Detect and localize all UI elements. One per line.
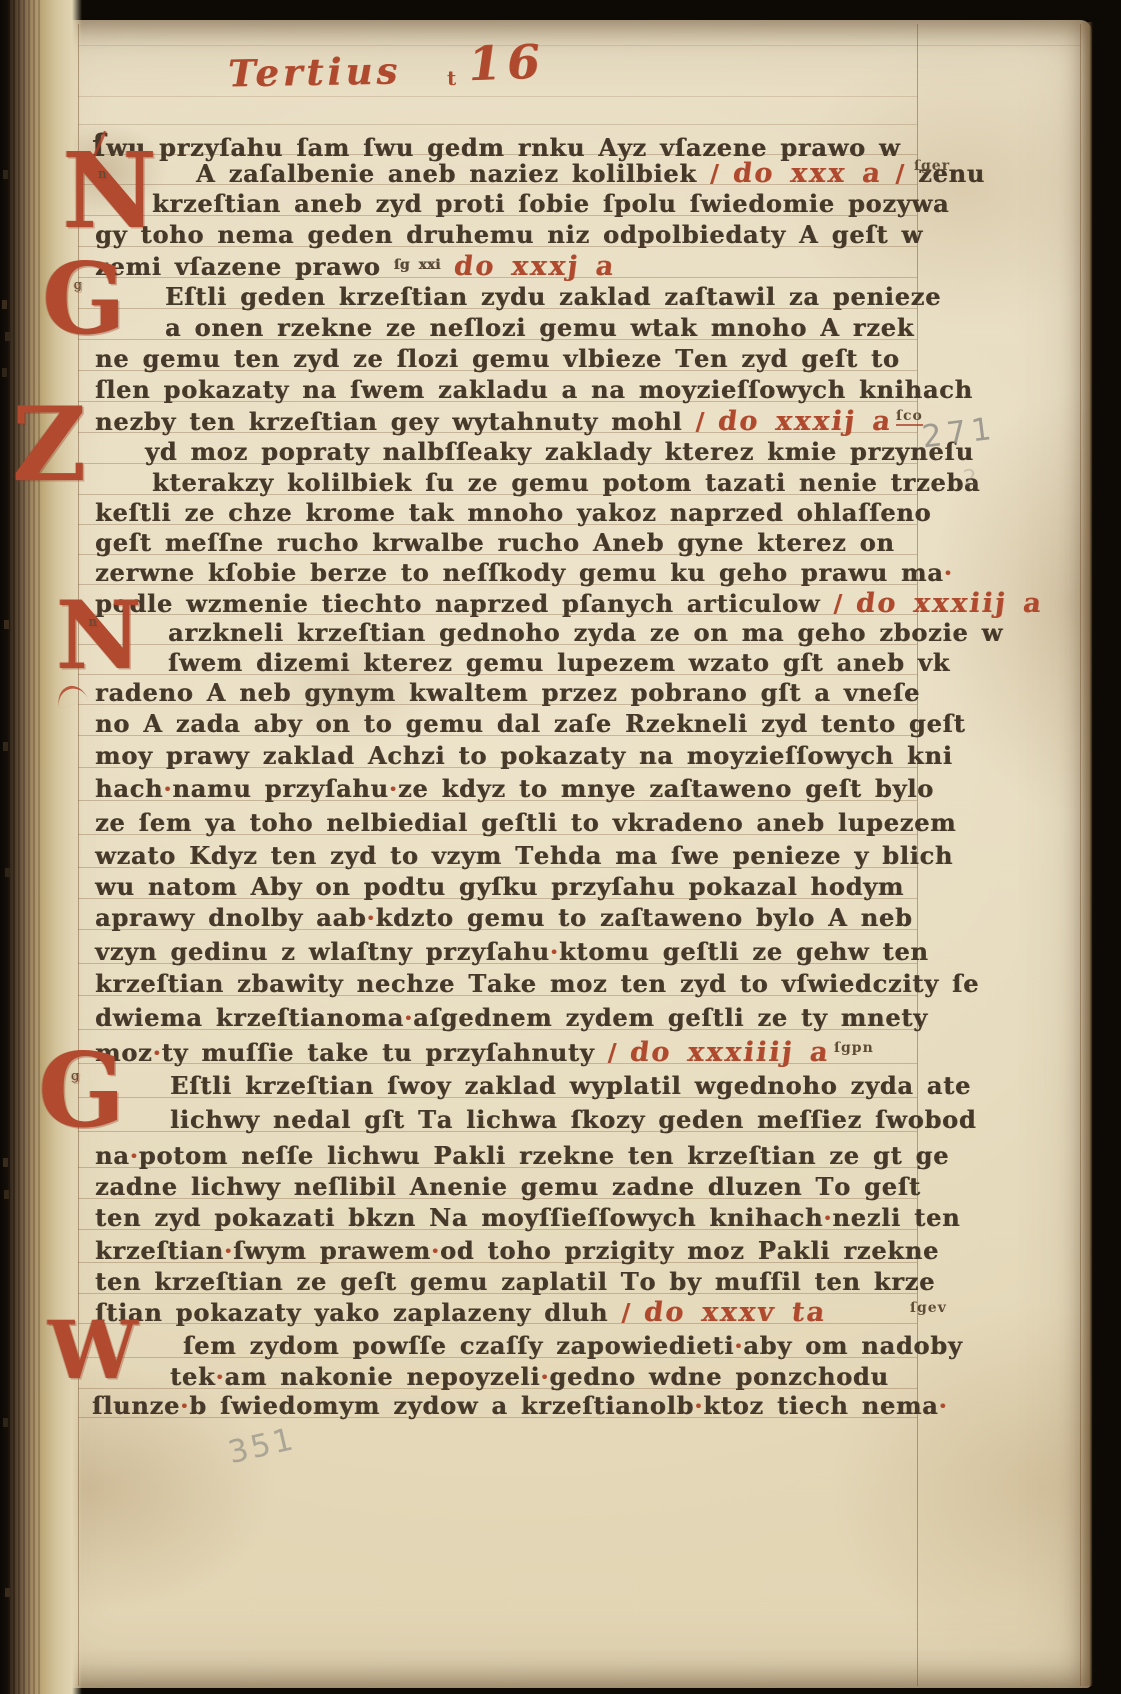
text-segment: akli rzekne: [777, 1236, 939, 1265]
margin-gloss: ſgpn: [834, 1040, 874, 1056]
text-segment: R: [625, 709, 646, 738]
rubric-mark: ·: [694, 1391, 703, 1420]
text-segment: nenie gemu zadne dluzen: [429, 1172, 815, 1201]
text-segment: T: [815, 1172, 834, 1201]
manuscript-photo: Tertius t 16 ſwu przyſahu ſam ſwu gedm r…: [0, 0, 1121, 1694]
text-segment: ktomu geſtli ze gehw ten: [559, 937, 929, 966]
vertical-rule: [1080, 24, 1081, 1686]
text-segment: A: [207, 678, 226, 707]
text-segment: ſlen pokazaty na ſwem zakladu a na moyzi…: [95, 375, 973, 404]
manuscript-line-16: podle wzmenie tiechto naprzed pſanych ar…: [95, 588, 1043, 619]
text-segment: dyz ten zyd to vzym: [211, 841, 515, 870]
manuscript-line-20: no A zada aby on to gemu dal zaſe Rzekne…: [95, 709, 966, 738]
text-segment: nezby ten krzeſtian gey wytahnuty mohl: [95, 407, 682, 436]
text-segment: kdzto gemu to zaſtaweno bylo: [376, 903, 828, 932]
text-segment: N: [429, 1203, 452, 1232]
text-segment: gy toho nema geden druhemu niz odpolbied…: [95, 220, 799, 249]
text-segment: ſwym prawem: [233, 1236, 431, 1265]
horizontal-rule: [78, 124, 917, 125]
text-segment: wu natom: [95, 872, 251, 901]
text-segment: T: [418, 1105, 437, 1134]
text-segment: podle wzmenie tiechto naprzed pſanych ar…: [95, 589, 820, 618]
manuscript-line-5: zemi vſazene prawo ſg xxi do xxxj a: [95, 251, 615, 282]
manuscript-line-13: keſtli ze chze krome tak mnoho yakoz nap…: [95, 498, 931, 527]
text-segment: no: [95, 709, 143, 738]
text-segment: ten krzeſtian ze geſt gemu zaplatil: [95, 1267, 621, 1296]
text-segment: neb: [847, 903, 912, 932]
manuscript-line-2: A zaſalbenie aneb naziez kolilbiek / do …: [196, 158, 985, 189]
manuscript-line-37: ten krzeſtian ze geſt gemu zaplatil To b…: [95, 1267, 935, 1296]
text-segment: b ſwiedomym zydow a krzeſtianolb: [189, 1391, 694, 1420]
manuscript-line-40: tek·am nakonie nepoyzeli·gedno wdne ponz…: [170, 1362, 889, 1391]
text-segment: a onen rzekne ze neſlozi gemu wtak mnoho: [165, 313, 820, 342]
spine-ink-specks: [0, 0, 5, 9]
manuscript-line-6: Eſtli geden krzeſtian zydu zaklad zaſtaw…: [165, 282, 941, 311]
manuscript-line-19: radeno A neb gynym kwaltem przez pobrano…: [95, 678, 920, 707]
manuscript-line-27: vzyn gedinu z wlaſtny przyſahu·ktomu geſ…: [95, 937, 929, 966]
manuscript-line-18: ſwem dizemi kterez gemu lupezem wzato gſ…: [168, 648, 950, 677]
manuscript-line-25: wu natom Aby on podtu gyſku przyſahu pok…: [95, 872, 904, 901]
illuminated-initial-G: Gg: [42, 260, 126, 340]
text-segment: neb gyne kterez on: [612, 528, 894, 557]
text-segment: krzeſtian aneb zyd proti ſobie ſpolu ſwi…: [152, 189, 949, 218]
text-segment: rzek: [840, 313, 915, 342]
rubric-mark: ·: [389, 774, 398, 803]
margin-gloss: ſgev: [910, 1300, 947, 1316]
manuscript-line-24: wzato Kdyz ten zyd to vzym Tehda ma ſwe …: [95, 841, 953, 870]
manuscript-line-36: krzeſtian·ſwym prawem·od toho przigity m…: [95, 1236, 939, 1265]
text-segment: a lichwa ſkozy geden meſſiez ſwobod: [437, 1105, 977, 1134]
manuscript-line-28: krzeſtian zbawity nechze Take moz ten zy…: [95, 969, 979, 998]
rubric-mark: ·: [823, 1203, 832, 1232]
text-segment: geſt w: [818, 220, 922, 249]
text-segment: A: [828, 903, 847, 932]
rubric-mark: ·: [431, 1236, 440, 1265]
manuscript-line-21: moy prawy zaklad Achzi to pokazaty na mo…: [95, 741, 953, 770]
text-segment: K: [189, 841, 211, 870]
text-segment: T: [515, 841, 534, 870]
text-segment: akli rzekne ten krzeſtian ze gt ge: [452, 1141, 949, 1170]
text-segment: a moyſſieſſowych knihach: [452, 1203, 823, 1232]
manuscript-line-31: Eſtli krzeſtian ſwoy zaklad wyplatil wge…: [170, 1071, 971, 1100]
text-segment: gedno wdne ponzchodu: [549, 1362, 888, 1391]
text-segment: zada aby on to gemu dal zaſe: [163, 709, 625, 738]
text-segment: ty muſſie take tu przyſahnuty: [162, 1038, 595, 1067]
text-segment: namu przyſahu: [172, 774, 388, 803]
manuscript-line-30: moz·ty muſſie take tu przyſahnuty / do x…: [95, 1037, 830, 1068]
text-segment: A: [251, 872, 270, 901]
text-segment: chzi to pokazaty na moyzieſſowych kni: [387, 741, 952, 770]
manuscript-line-17: arzkneli krzeſtian gednoho zyda ze on ma…: [168, 618, 1003, 647]
text-segment: keſtli ze chze krome tak mnoho yakoz nap…: [95, 498, 931, 527]
text-segment: A: [799, 220, 818, 249]
illuminated-initial-W: W: [48, 1318, 138, 1384]
manuscript-line-39: ſem zydom powſſe czaſſy zapowiedieti·aby…: [183, 1331, 963, 1360]
text-segment: aſgednem zydem geſtli ze ty mnety: [413, 1003, 928, 1032]
text-segment: kterakzy kolilbiek ſu ze gemu potom taza…: [152, 468, 980, 497]
text-segment: o geſt: [834, 1172, 921, 1201]
manuscript-line-32: lichwy nedal gſt Ta lichwa ſkozy geden m…: [170, 1105, 976, 1134]
text-segment: A zaſalbenie aneb naziez kolilbiek: [196, 159, 697, 188]
text-segment: ktoz tiech nema: [703, 1391, 938, 1420]
manuscript-line-8: ne gemu ten zyd ze ſlozi gemu vlbieze Te…: [95, 344, 900, 373]
text-segment: hach: [95, 774, 163, 803]
manuscript-line-23: ze ſem ya toho nelbiedial geſtli to vkra…: [95, 808, 956, 837]
rubric-mark: /: [820, 589, 856, 618]
text-segment: ze ſem ya toho nelbiedial geſtli to vkra…: [95, 808, 956, 837]
rubric-annotation: do xxxj a: [452, 251, 618, 282]
text-segment: vzyn gedinu z wlaſtny przyſahu: [95, 937, 550, 966]
text-segment: moy prawy zaklad: [95, 741, 368, 770]
rubric-mark: ·: [734, 1331, 743, 1360]
rubric-mark: ·: [224, 1236, 233, 1265]
horizontal-rule: [78, 96, 917, 97]
rubric-mark: ·: [152, 1038, 161, 1067]
pencil-faint-mark: 2: [962, 465, 978, 491]
rubric-mark: /: [697, 159, 733, 188]
rubric-mark: /: [594, 1038, 630, 1067]
text-segment: A: [368, 741, 387, 770]
text-segment: dwiema krzeſtianoma: [95, 1003, 404, 1032]
manuscript-line-10: nezby ten krzeſtian gey wytahnuty mohl /…: [95, 406, 893, 437]
text-segment: ehda ma ſwe penieze y blich: [534, 841, 953, 870]
text-segment: ne gemu ten zyd ze ſlozi gemu vlbieze: [95, 344, 675, 373]
illuminated-initial-G: Gg: [38, 1050, 125, 1134]
rubric-annotation: do xxxij a: [716, 406, 894, 437]
rubric-mark: ·: [404, 1003, 413, 1032]
text-segment: aby om nadoby: [743, 1331, 962, 1360]
rubric-mark: ·: [366, 903, 375, 932]
manuscript-line-26: aprawy dnolby aab·kdzto gemu to zaſtawen…: [95, 903, 913, 932]
chapter-mark: t: [447, 66, 456, 90]
text-segment: potom neſſe lichwu: [139, 1141, 434, 1170]
text-segment: zemi vſazene prawo: [95, 252, 394, 281]
guide-letter: n: [98, 170, 106, 181]
horizontal-rule: [78, 45, 1080, 46]
text-segment: o by muſſil ten krze: [639, 1267, 935, 1296]
text-segment: arzkneli krzeſtian gednoho zyda ze on ma…: [168, 618, 1003, 647]
rubric-mark: /: [608, 1298, 644, 1327]
text-segment: lichwy nedal gſt: [170, 1105, 418, 1134]
illuminated-initial-N: Nn: [62, 148, 157, 233]
manuscript-line-35: ten zyd pokazati bkzn Na moyſſieſſowych …: [95, 1203, 960, 1232]
margin-gloss: ſger: [914, 158, 950, 174]
guide-letter: n: [89, 618, 97, 629]
rubric-mark: ·: [130, 1141, 139, 1170]
text-segment: wzato: [95, 841, 189, 870]
text-segment: yd moz popraty nalbſſeaky zaklady kterez…: [145, 437, 974, 466]
manuscript-line-12: kterakzy kolilbiek ſu ze gemu potom taza…: [152, 468, 980, 497]
text-segment: geſt meſſne rucho krwalbe rucho: [95, 528, 593, 557]
text-segment: A: [820, 313, 839, 342]
text-segment: en zyd geſt to: [694, 344, 900, 373]
manuscript-line-38: ſtian pokazaty yako zaplazeny dluh / do …: [95, 1297, 827, 1328]
manuscript-line-34: zadne lichwy neſlibil Anenie gemu zadne …: [95, 1172, 921, 1201]
text-segment: nezli ten: [832, 1203, 960, 1232]
text-segment: aprawy dnolby aab: [95, 903, 366, 932]
text-segment: P: [758, 1236, 777, 1265]
rubric-annotation: do xxxiij a: [854, 588, 1045, 619]
illuminated-initial-N: Nn: [56, 598, 142, 675]
text-segment: ſwem dizemi kterez gemu lupezem wzato gſ…: [168, 648, 950, 677]
text-segment: zerwne kſobie berze to neſſkody gemu ku …: [95, 558, 944, 587]
text-segment: A: [593, 528, 612, 557]
rubric-mark: /: [682, 407, 718, 436]
manuscript-line-14: geſt meſſne rucho krwalbe rucho Aneb gyn…: [95, 528, 895, 557]
text-segment: od toho przigity moz: [440, 1236, 758, 1265]
guide-letter: g: [74, 281, 82, 292]
manuscript-line-41: ſlunze·b ſwiedomym zydow a krzeſtianolb·…: [92, 1391, 948, 1420]
rubric-annotation: do xxxiiij a: [628, 1037, 832, 1068]
text-segment: am nakonie nepoyzeli: [225, 1362, 541, 1391]
text-segment: A: [143, 709, 162, 738]
rubric-annotation: do xxx a: [731, 158, 884, 189]
text-segment: ake moz ten zyd to vſwiedczity ſe: [487, 969, 979, 998]
manuscript-line-15: zerwne kſobie berze to neſſkody gemu ku …: [95, 558, 953, 587]
illuminated-initial-Z: Z: [12, 404, 86, 488]
rubric-mark: ·: [215, 1362, 224, 1391]
manuscript-line-9: ſlen pokazaty na ſwem zakladu a na moyzi…: [95, 375, 973, 404]
text-segment: krzeſtian zbawity nechze: [95, 969, 468, 998]
text-segment: zadne lichwy neſlibil: [95, 1172, 410, 1201]
manuscript-line-4: gy toho nema geden druhemu niz odpolbied…: [95, 220, 923, 249]
guide-letter: g: [71, 1072, 79, 1083]
text-segment: ſtian pokazaty yako zaplazeny dluh: [95, 1298, 608, 1327]
rubric-mark: ·: [550, 937, 559, 966]
running-header-title: Tertius: [228, 48, 402, 95]
text-segment: ſg xxi: [394, 257, 441, 273]
manuscript-line-33: na·potom neſſe lichwu Pakli rzekne ten k…: [95, 1141, 949, 1170]
text-segment: Eſtli geden krzeſtian zydu zaklad zaſtaw…: [165, 282, 941, 311]
text-segment: ſem zydom powſſe czaſſy zapowiedieti: [183, 1331, 734, 1360]
text-segment: ten zyd pokazati bkzn: [95, 1203, 429, 1232]
text-segment: Eſtli krzeſtian ſwoy zaklad wyplatil wge…: [170, 1071, 971, 1100]
text-segment: T: [621, 1267, 640, 1296]
text-segment: tek: [170, 1362, 215, 1391]
page-right-edge: [1081, 22, 1093, 1686]
manuscript-line-29: dwiema krzeſtianoma·aſgednem zydem geſtl…: [95, 1003, 928, 1032]
text-segment: A: [410, 1172, 429, 1201]
rubric-mark: /: [882, 159, 918, 188]
manuscript-line-3: krzeſtian aneb zyd proti ſobie ſpolu ſwi…: [152, 189, 949, 218]
rubric-annotation: do xxxv ta: [642, 1297, 828, 1328]
manuscript-line-11: yd moz popraty nalbſſeaky zaklady kterez…: [145, 437, 974, 466]
rubric-mark: ·: [944, 558, 953, 587]
text-segment: zekneli zyd tento geſt: [646, 709, 966, 738]
text-segment: neb gynym kwaltem przez pobrano gſt a vn…: [226, 678, 920, 707]
manuscript-line-7: a onen rzekne ze neſlozi gemu wtak mnoho…: [165, 313, 914, 342]
text-segment: P: [433, 1141, 452, 1170]
rubric-mark: ·: [939, 1391, 948, 1420]
stacked-page-edges: [8, 0, 42, 1694]
text-segment: krzeſtian: [95, 1236, 224, 1265]
text-segment: by on podtu gyſku przyſahu pokazal hodym: [270, 872, 904, 901]
text-segment: ze kdyz to mnye zaſtaweno geſt bylo: [398, 774, 934, 803]
manuscript-line-22: hach·namu przyſahu·ze kdyz to mnye zaſta…: [95, 774, 934, 803]
text-segment: T: [468, 969, 487, 998]
folio-number-rubric: 16: [464, 35, 550, 93]
margin-gloss: ſco: [896, 408, 923, 426]
rubric-mark: ·: [180, 1391, 189, 1420]
text-segment: T: [675, 344, 694, 373]
